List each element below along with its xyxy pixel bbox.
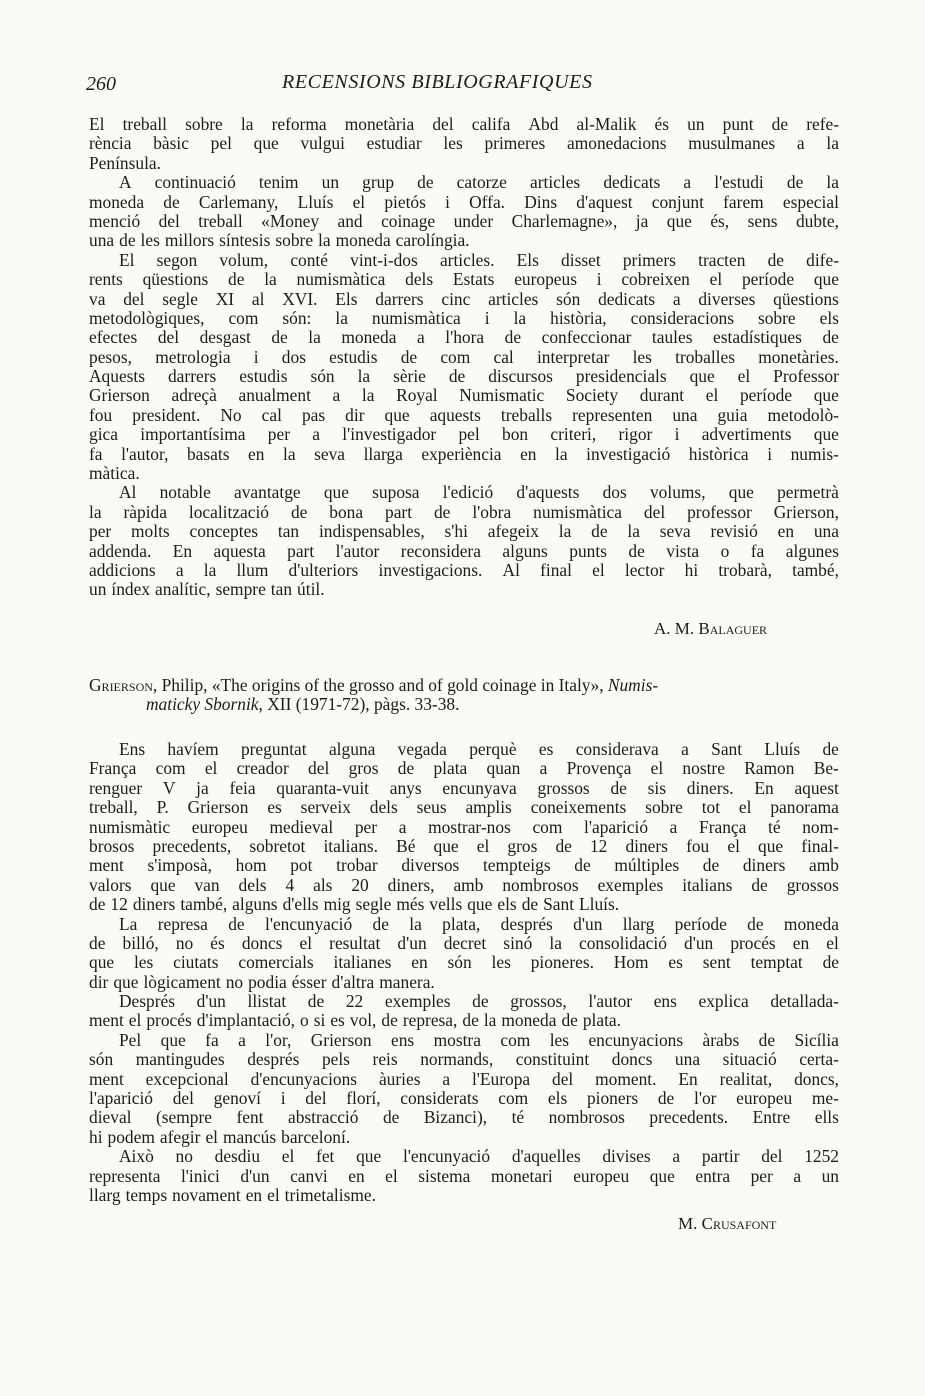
text-line: valorsquevandels4als20diners,ambnombroso…: [89, 876, 839, 895]
text-line: ments'imposà,hompottrobardiversostemptei…: [89, 856, 839, 875]
text-line: gicaimportantísimaperal'investigadorpelb…: [89, 425, 839, 444]
text-line: Enshavíempreguntatalgunavegadaperquèesco…: [89, 740, 839, 759]
review-2-signature: M. Crusafont: [678, 1214, 776, 1234]
citation-line-1: Grierson, Philip, «The origins of the gr…: [89, 676, 839, 695]
text-line: l'apariciódelgenovíidelflorí,considerats…: [89, 1089, 839, 1108]
text-line: permoltsconceptestanindispensables,s'hia…: [89, 522, 839, 541]
text-line: Península.: [89, 154, 839, 173]
text-line: represental'inicid'uncanvienelsistemamon…: [89, 1167, 839, 1186]
text-line: laràpidalocalitzaciódebonapartdel'obranu…: [89, 503, 839, 522]
citation-journal-1: Numis-: [608, 676, 658, 695]
running-head: RECENSIONS BIBLIOGRAFIQUES: [282, 71, 593, 94]
text-line: Pelquefaal'or,Griersonensmostracomlesenc…: [89, 1031, 839, 1050]
text-line: fal'autor,basatsenlasevallargaexperiènci…: [89, 445, 839, 464]
citation-line-2: maticky Sbornik, XII (1971-72), pàgs. 33…: [89, 695, 839, 714]
text-line: uníndexanalític,sempretanútil.: [89, 580, 839, 599]
text-line: numismàticeuropeumedievalperamostrar-nos…: [89, 818, 839, 837]
text-line: foupresident.Nocalpasdirqueaqueststrebal…: [89, 406, 839, 425]
text-line: vadelsegleXIalXVI.Elsdarrerscincarticles…: [89, 290, 839, 309]
text-line: Aquestsdarrersestudissónlasèriedediscurs…: [89, 367, 839, 386]
text-line: hipodemafegirelmancúsbarceloní.: [89, 1128, 839, 1147]
text-line: Aixònodesdiuelfetquel'encunyaciód'aquell…: [89, 1147, 839, 1166]
text-line: monedadeCarlemany,LluíselpietósiOffa.Din…: [89, 193, 839, 212]
text-line: unadelesmillorssíntesissobrelamonedacaro…: [89, 231, 839, 250]
text-line: debilló,noésdoncselresultatd'undecretsin…: [89, 934, 839, 953]
text-line: dieval(semprefentabstracciódeBizanci),té…: [89, 1108, 839, 1127]
text-line: quelesciutatscomercialsitalianesensónles…: [89, 953, 839, 972]
text-line: addenda.Enaquestapartl'autorreconsideraa…: [89, 542, 839, 561]
text-line: GriersonadreçàanualmentalaRoyalNumismati…: [89, 386, 839, 405]
citation: Grierson, Philip, «The origins of the gr…: [89, 676, 839, 715]
text-line: metodològiques,comsón:lanumismàticailahi…: [89, 309, 839, 328]
text-line: efectesdeldesgastdelamonedaal'horadeconf…: [89, 328, 839, 347]
text-line: FrançacomelcreadordelgrosdeplataquanaPro…: [89, 759, 839, 778]
text-line: menciódeltreball«MoneyandcoinageunderCha…: [89, 212, 839, 231]
review-2-body: Enshavíempreguntatalgunavegadaperquèesco…: [89, 740, 839, 1205]
text-line: mentexcepcionald'encunyacionsàuriesal'Eu…: [89, 1070, 839, 1089]
text-line: pesos,metrologiaidosestudisdecomcalinter…: [89, 348, 839, 367]
text-line: Acontinuaciótenimungrupdecatorzearticles…: [89, 173, 839, 192]
text-line: Larepresadel'encunyaciódelaplata,després…: [89, 915, 839, 934]
text-line: mentelprocésd'implantació,osiesvol,derep…: [89, 1011, 839, 1030]
text-line: de12dinerstambé,algunsd'ellsmigseglemésv…: [89, 895, 839, 914]
text-line: màtica.: [89, 464, 839, 483]
page-number: 260: [86, 73, 116, 96]
text-line: renguerVjafeiaquaranta-vuitanysencunyava…: [89, 779, 839, 798]
text-line: Alnotableavantatgequesuposal'ediciód'aqu…: [89, 483, 839, 502]
text-line: Desprésd'unllistatde22exemplesdegrossos,…: [89, 992, 839, 1011]
text-line: rentsqüestionsdelanumismàticadelsEstatse…: [89, 270, 839, 289]
text-line: brososprecedents,sobretotitalians.Béquee…: [89, 837, 839, 856]
text-line: Eltreballsobrelareformamonetàriadelcalif…: [89, 115, 839, 134]
text-line: llargtempsnovamenteneltrimetalisme.: [89, 1186, 839, 1205]
text-line: addicionsalallumd'ulteriorsinvestigacion…: [89, 561, 839, 580]
text-line: sónmantingudesdespréspelsreisnormands,co…: [89, 1050, 839, 1069]
citation-details: , XII (1971-72), pàgs. 33-38.: [259, 695, 460, 714]
review-1-signature: A. M. Balaguer: [654, 619, 767, 639]
review-1-body: Eltreballsobrelareformamonetàriadelcalif…: [89, 115, 839, 600]
text-line: dirquelògicamentnopodiaésserd'altramaner…: [89, 973, 839, 992]
citation-journal-2: maticky Sbornik: [146, 695, 259, 714]
text-line: rènciabàsicpelquevulguiestudiarlesprimer…: [89, 134, 839, 153]
text-line: Elsegonvolum,contévint-i-dosarticles.Els…: [89, 251, 839, 270]
text-line: treball,P.Griersonesserveixdelsseusampli…: [89, 798, 839, 817]
citation-author: Grierson: [89, 676, 153, 695]
citation-title: , Philip, «The origins of the grosso and…: [153, 676, 608, 695]
